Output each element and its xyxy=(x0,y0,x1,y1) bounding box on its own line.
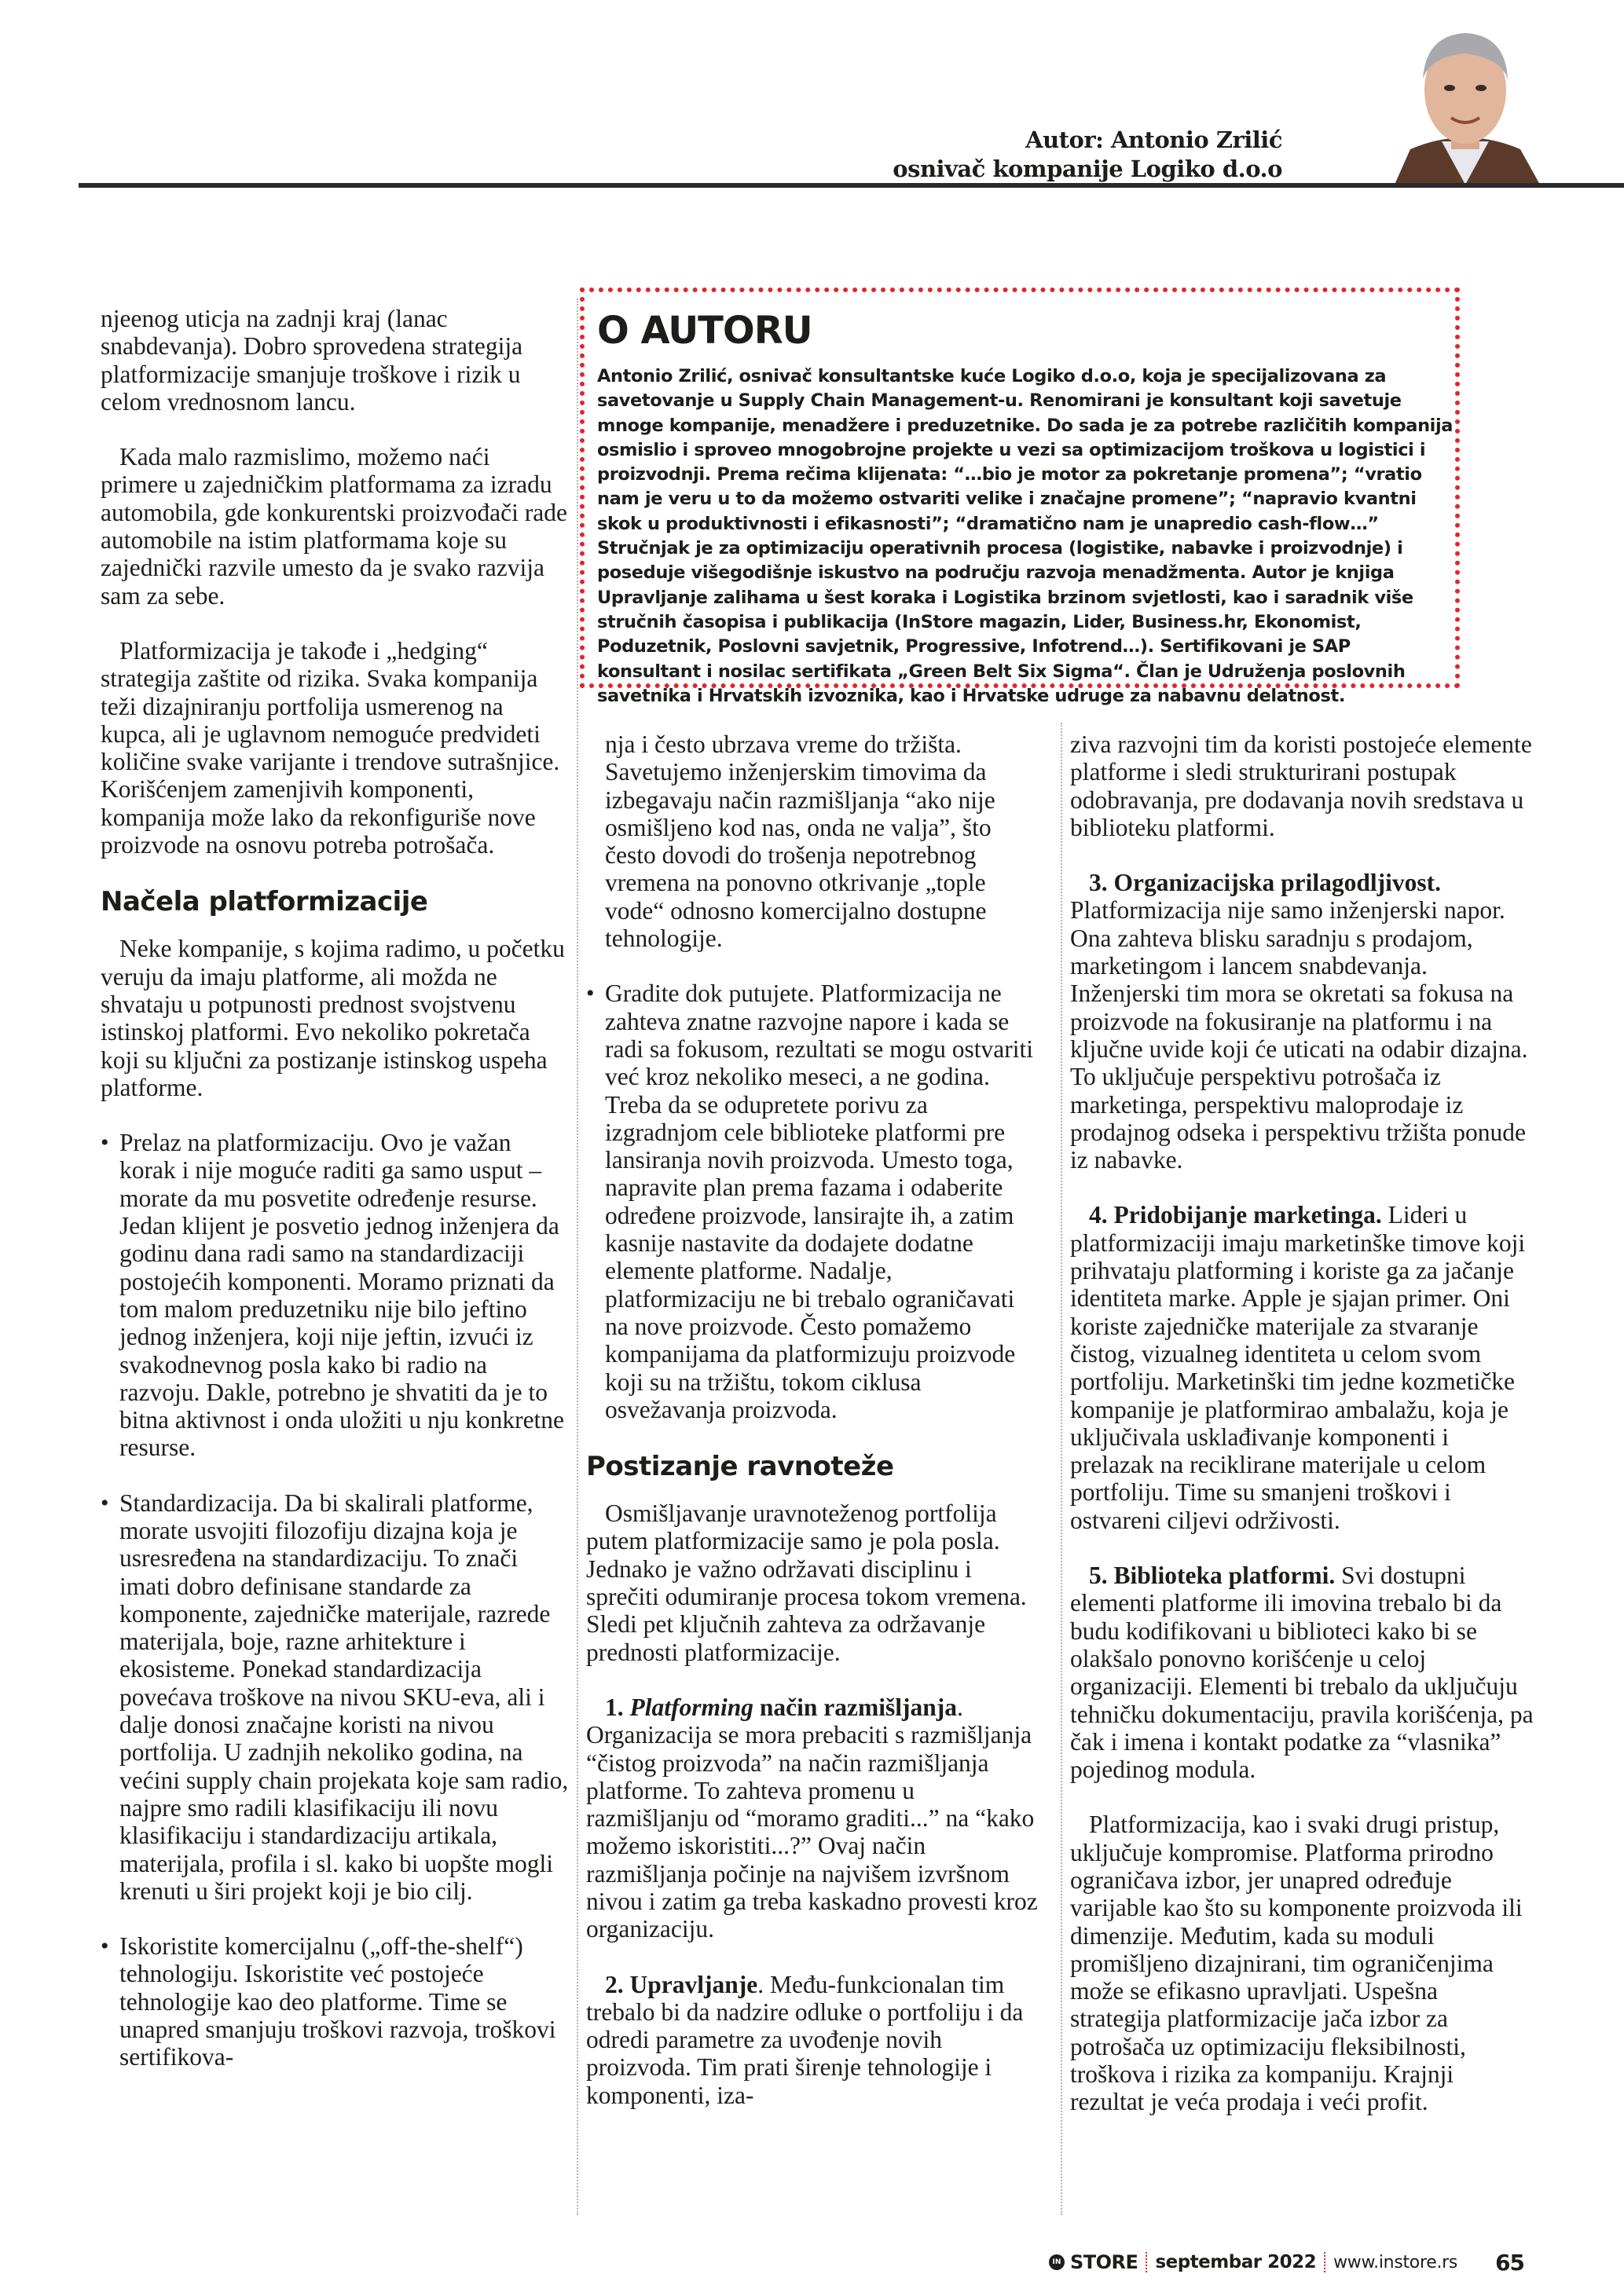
column-divider xyxy=(577,298,578,2215)
bullet-icon: • xyxy=(101,1129,109,1156)
page-header: Autor: Antonio Zrilić osnivač kompanije … xyxy=(0,0,1624,189)
author-byline: Autor: Antonio Zrilić osnivač kompanije … xyxy=(893,126,1282,184)
header-divider xyxy=(79,183,1624,188)
bullet-icon: • xyxy=(101,1932,109,1960)
bullet-text: Iskoristite komercijalnu („off-the-shelf… xyxy=(119,1932,556,2071)
instore-logo-icon: IN xyxy=(1049,2254,1065,2270)
bullet-icon: • xyxy=(101,1489,109,1517)
numbered-item: 1. Platforming način razmišljanja. Organ… xyxy=(586,1694,1042,1943)
item-text: Svi dostupni elementi platforme ili imov… xyxy=(1070,1562,1534,1783)
item-title: 5. Biblioteka platformi. xyxy=(1089,1562,1335,1589)
paragraph: Neke kompanije, s kojima radimo, u počet… xyxy=(101,935,572,1101)
item-title: 3. Organizacijska prilagodljivost. xyxy=(1089,869,1441,896)
footer-separator xyxy=(1146,2252,1147,2272)
bullet-text: Gradite dok putujete. Platformizacija ne… xyxy=(605,980,1033,1423)
numbered-item: 4. Pridobijanje marketinga. Lideri u pla… xyxy=(1070,1201,1534,1534)
bullet-continuation: nja i često ubrzava vreme do tržišta. Sa… xyxy=(586,731,1042,952)
bullet-item: • Prelaz na platformizaciju. Ovo je važa… xyxy=(101,1129,572,1462)
paragraph: njeenog uticja na zadnji kraj (lanac sna… xyxy=(101,305,572,416)
paragraph: Kada malo razmislimo, možemo naći primer… xyxy=(101,443,572,610)
bullet-icon: • xyxy=(586,980,595,1007)
item-title: 4. Pridobijanje marketinga. xyxy=(1089,1201,1382,1229)
article-column-right: ziva razvojni tim da koristi postojeće e… xyxy=(1070,731,1534,2116)
paragraph: ziva razvojni tim da koristi postojeće e… xyxy=(1070,731,1534,841)
about-author-box: O AUTORU Antonio Zrilić, osnivač konsult… xyxy=(580,287,1460,688)
section-heading: Načela platformizacije xyxy=(101,886,572,917)
bullet-item: • Iskoristite komercijalnu („off-the-she… xyxy=(101,1932,572,2071)
paragraph: Platformizacija, kao i svaki drugi prist… xyxy=(1070,1811,1534,2115)
item-number: 1. xyxy=(605,1694,630,1721)
column-divider xyxy=(1061,723,1062,2215)
bullet-text: Standardizacija. Da bi skalirali platfor… xyxy=(119,1489,568,1905)
bullet-text: nja i često ubrzava vreme do tržišta. Sa… xyxy=(605,731,995,952)
article-column-middle: nja i često ubrzava vreme do tržišta. Sa… xyxy=(586,731,1042,2109)
bullet-item: • Gradite dok putujete. Platformizacija … xyxy=(586,980,1042,1423)
item-title: 2. Upravljanje xyxy=(605,1971,757,1998)
about-author-text: Antonio Zrilić, osnivač konsultantske ku… xyxy=(597,364,1455,709)
numbered-item: 2. Upravljanje. Među-funkcionalan tim tr… xyxy=(586,1971,1042,2109)
footer-separator xyxy=(1324,2252,1325,2272)
bullet-item: • Standardizacija. Da bi skalirali platf… xyxy=(101,1489,572,1905)
numbered-item: 3. Organizacijska prilagodljivost. Platf… xyxy=(1070,869,1534,1174)
instore-logo-text: STORE xyxy=(1070,2251,1138,2273)
item-text: Platformizacija nije samo inženjerski na… xyxy=(1070,896,1528,1174)
author-portrait xyxy=(1387,16,1544,185)
website-link[interactable]: www.instore.rs xyxy=(1333,2253,1457,2272)
numbered-item: 5. Biblioteka platformi. Svi dostupni el… xyxy=(1070,1562,1534,1783)
item-text: . Organizacija se mora prebaciti s razmi… xyxy=(586,1694,1038,1943)
issue-date: septembar 2022 xyxy=(1155,2252,1316,2272)
item-title-italic: Platforming xyxy=(630,1694,754,1721)
article-column-left: njeenog uticja na zadnji kraj (lanac sna… xyxy=(101,305,572,2071)
author-name: Autor: Antonio Zrilić xyxy=(893,126,1282,155)
page-number: 65 xyxy=(1495,2250,1524,2276)
item-title: način razmišljanja xyxy=(753,1694,957,1721)
paragraph: Platformizacija je takođe i „hedging“ st… xyxy=(101,637,572,859)
page-footer: IN STORE septembar 2022 www.instore.rs 6… xyxy=(1049,2247,1524,2278)
item-text: Lideri u platformizaciji imaju marketinš… xyxy=(1070,1201,1525,1533)
bullet-text: Prelaz na platformizaciju. Ovo je važan … xyxy=(119,1129,564,1461)
about-author-title: O AUTORU xyxy=(597,309,1455,352)
author-role: osnivač kompanije Logiko d.o.o xyxy=(893,155,1282,184)
section-heading: Postizanje ravnoteže xyxy=(586,1451,1042,1482)
paragraph: Osmišljavanje uravnoteženog portfolija p… xyxy=(586,1500,1042,1666)
